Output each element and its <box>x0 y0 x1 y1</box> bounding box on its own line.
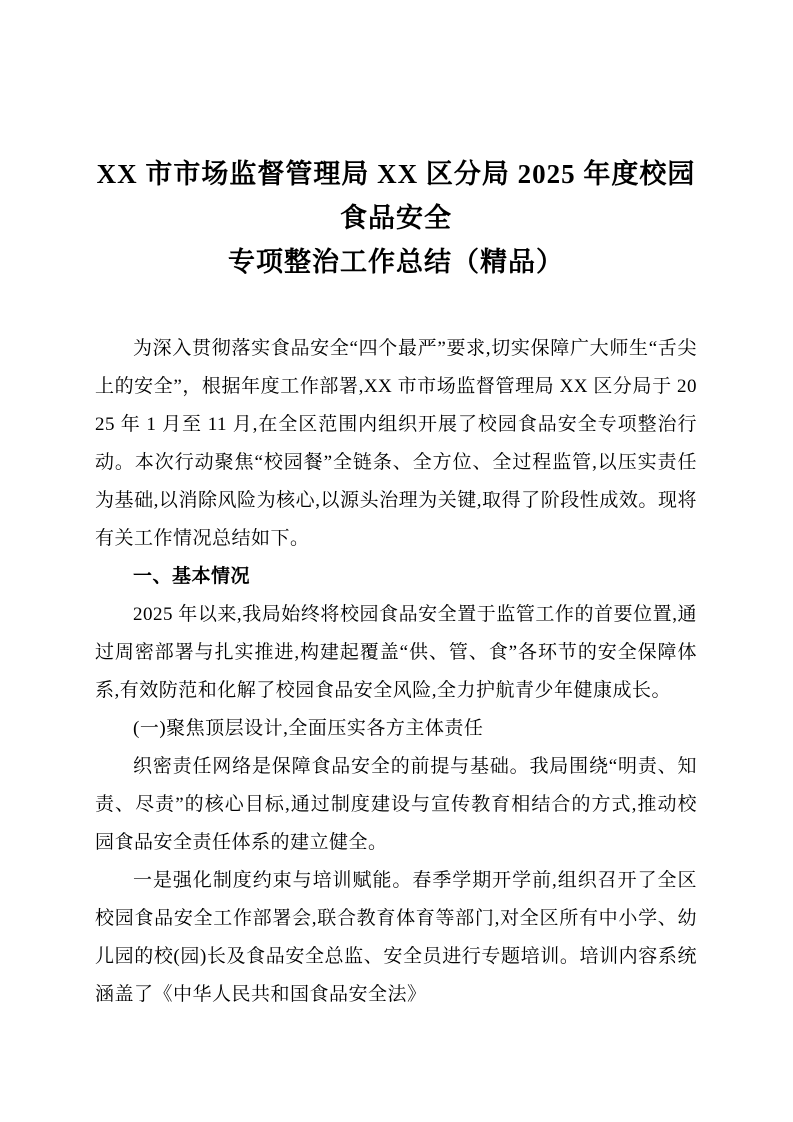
subsection1-body-paragraph: 织密责任网络是保障食品安全的前提与基础。我局围绕“明责、知责、尽责”的核心目标,… <box>95 748 697 862</box>
section1-heading: 一、基本情况 <box>95 558 697 596</box>
document-page: XX 市市场监督管理局 XX 区分局 2025 年度校园食品安全 专项整治工作总… <box>0 0 793 1122</box>
document-title: XX 市市场监督管理局 XX 区分局 2025 年度校园食品安全 专项整治工作总… <box>95 152 697 284</box>
document-title-line1: XX 市市场监督管理局 XX 区分局 2025 年度校园食品安全 <box>95 152 697 240</box>
intro-paragraph: 为深入贯彻落实食品安全“四个最严”要求,切实保障广大师生“舌尖上的安全”，根据年… <box>95 330 697 558</box>
point1-paragraph: 一是强化制度约束与培训赋能。春季学期开学前,组织召开了全区校园食品安全工作部署会… <box>95 862 697 1014</box>
subsection1-heading: (一)聚焦顶层设计,全面压实各方主体责任 <box>95 710 697 748</box>
section1-intro-paragraph: 2025 年以来,我局始终将校园食品安全置于监管工作的首要位置,通过周密部署与扎… <box>95 596 697 710</box>
document-title-line2: 专项整治工作总结（精品） <box>95 240 697 284</box>
